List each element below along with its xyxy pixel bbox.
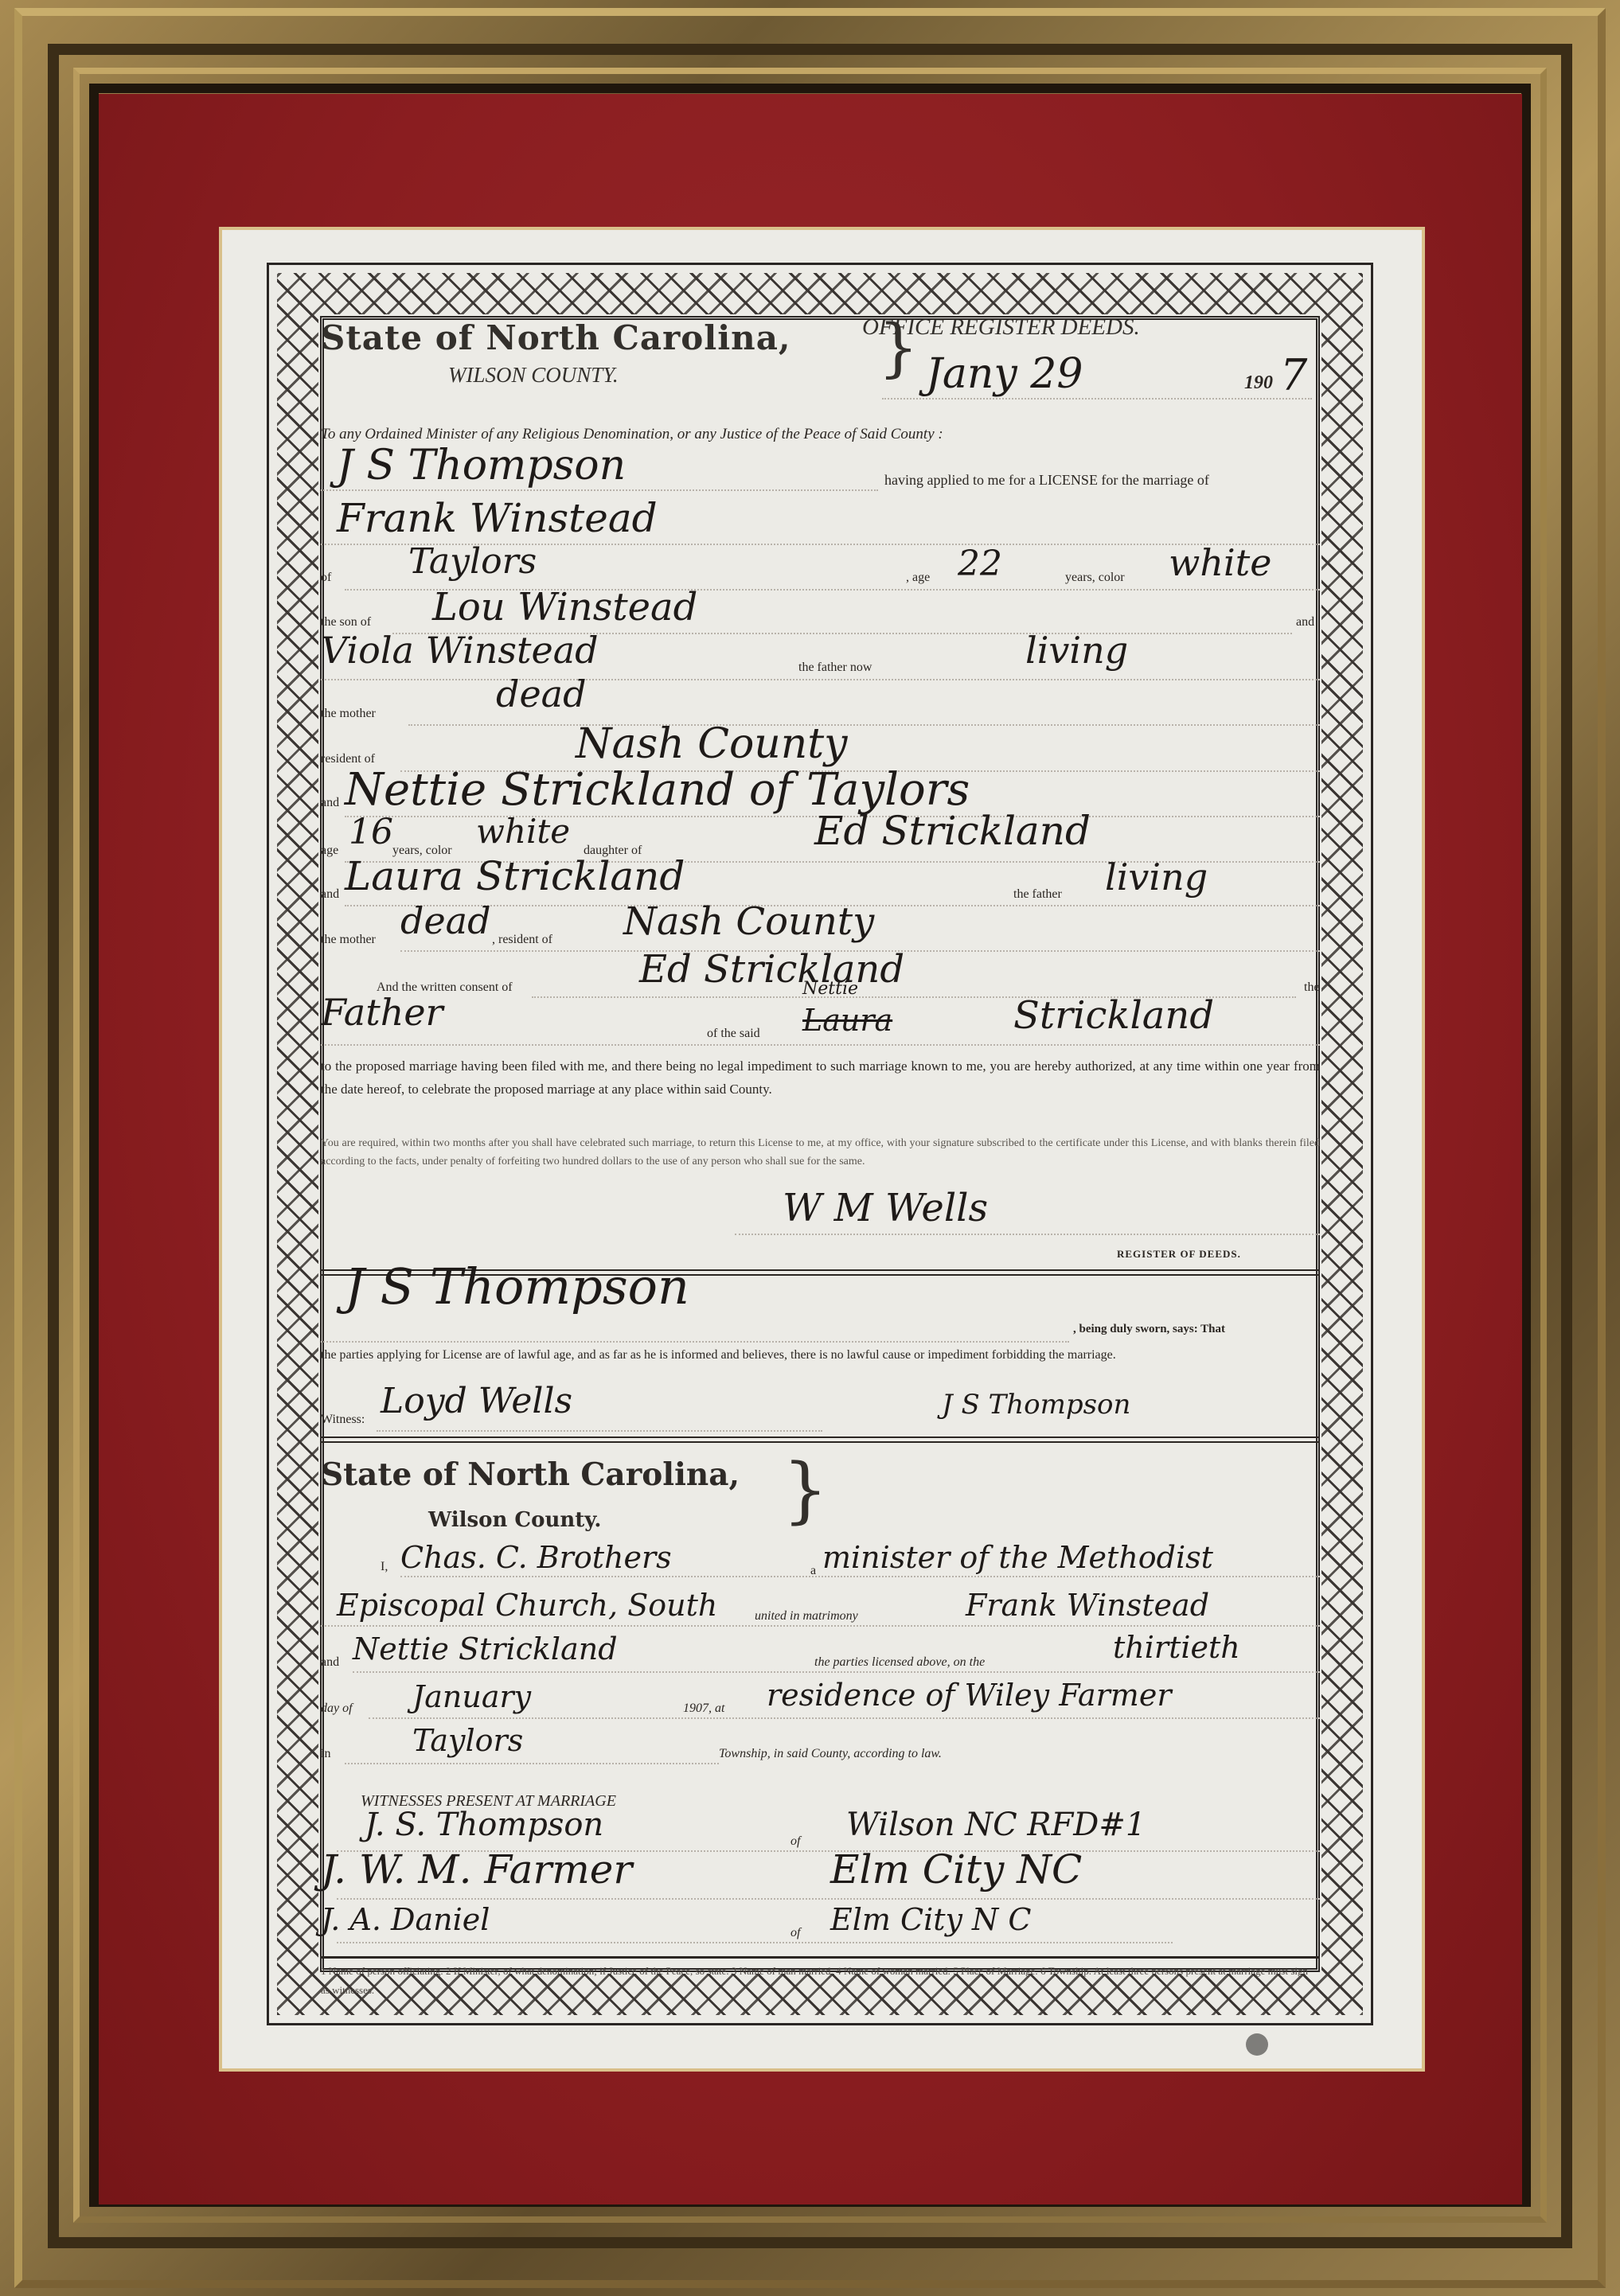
parties-label: the parties licensed above, on the [814, 1655, 985, 1670]
witness-2-residence: Elm City NC [830, 1846, 1082, 1893]
return-requirement-text: You are required, within two months afte… [321, 1134, 1320, 1171]
mother-label: the mother [321, 707, 376, 721]
groom-mother: Viola Winstead [321, 629, 599, 672]
witness-2-line [337, 1898, 1320, 1900]
authorization-text: to the proposed marriage having been fil… [321, 1054, 1320, 1101]
witness-3-name: J. A. Daniel [321, 1902, 490, 1937]
consent-name: Ed Strickland [639, 947, 904, 992]
witness-1-name: J. S. Thompson [365, 1807, 603, 1843]
of-the-said-line [321, 1044, 1320, 1046]
witness-3-residence: Elm City N C [830, 1902, 1031, 1937]
witness-2-name: J. W. M. Farmer [321, 1846, 632, 1893]
bride-cert-line [353, 1671, 1320, 1673]
witness-3-line [337, 1942, 1173, 1943]
groom-father: Lou Winstead [432, 585, 697, 630]
year-label: 1907, at [683, 1702, 724, 1716]
township-line [345, 1763, 719, 1764]
in-label: in [321, 1747, 330, 1761]
bride-mother: Laura Strickland [345, 853, 685, 899]
applicant-line [321, 489, 878, 491]
groom-age: 22 [958, 544, 1002, 584]
certificate-state-title: State of North Carolina, [321, 1456, 740, 1493]
struck-name: Laura [802, 1003, 892, 1038]
consent-relation: Father [321, 991, 443, 1034]
i-label: I, [381, 1560, 388, 1574]
of-label: of [321, 571, 331, 585]
officiant-name: Chas. C. Brothers [400, 1540, 672, 1575]
year-print: 190 [1244, 372, 1273, 394]
witness-label: Witness: [321, 1413, 365, 1427]
groom-residence: Taylors [408, 541, 537, 582]
the-label: the [1304, 980, 1320, 995]
township-label: Township, in said County, according to l… [719, 1747, 942, 1761]
mother-status-line [408, 724, 1320, 726]
denomination-line [321, 1625, 1320, 1627]
mother-line [321, 679, 1320, 680]
seal-dot [1246, 2033, 1268, 2056]
groom-color: white [1169, 541, 1271, 584]
license-date: Jany 29 [926, 350, 1083, 398]
bride-father: Ed Strickland [814, 808, 1091, 854]
certificate-groom: Frank Winstead [966, 1588, 1209, 1623]
groom-county: Nash County [576, 720, 848, 768]
witness-3-of: of [790, 1926, 800, 1940]
bride-county: Nash County [623, 899, 874, 944]
sworn-text: , being duly sworn, says: That [1073, 1323, 1225, 1336]
officiant-line [400, 1576, 1320, 1577]
bride-age: 16 [349, 812, 393, 852]
father-now-label: the father now [798, 661, 872, 675]
affiant-name: J S Thompson [345, 1257, 689, 1316]
bride-resident-label: , resident of [492, 933, 552, 947]
witness-1-residence: Wilson NC RFD#1 [846, 1807, 1146, 1843]
register-title: REGISTER OF DEEDS. [1117, 1248, 1241, 1261]
marriage-month: January [412, 1679, 531, 1714]
years-color-label: years, color [1065, 571, 1125, 585]
groom-father-status: living [1025, 629, 1128, 672]
register-signature-line [735, 1234, 1320, 1235]
certificate-bride: Nettie Strickland [353, 1631, 618, 1666]
bride-and-label: and [321, 796, 339, 810]
marriage-license-document: State of North Carolina, } OFFICE REGIST… [219, 227, 1425, 2072]
affiant-signature: J S Thompson [942, 1389, 1130, 1421]
groom-name: Frank Winstead [337, 495, 658, 541]
certificate-and-label: and [321, 1655, 339, 1670]
register-signature: W M Wells [783, 1186, 988, 1230]
age-label: , age [906, 571, 930, 585]
affiant-line [321, 1341, 1069, 1343]
said-surname: Strickland [1013, 993, 1214, 1038]
the-father-label: the father [1013, 887, 1062, 902]
date-place-line [369, 1717, 1320, 1719]
bride-mother-label: the mother [321, 933, 376, 947]
son-of-label: the son of [321, 615, 371, 630]
date-line [882, 398, 1312, 400]
groom-mother-status: dead [496, 672, 587, 715]
section-divider-2 [321, 1436, 1320, 1443]
address-line: To any Ordained Minister of any Religiou… [321, 426, 943, 443]
bride-mother-status: dead [400, 899, 491, 942]
bride-color: white [476, 812, 570, 851]
and-label: and [1296, 615, 1314, 630]
bride-age-label: age [321, 844, 338, 858]
office-title: OFFICE REGISTER DEEDS. [862, 314, 1140, 341]
united-label: united in matrimony [755, 1609, 858, 1624]
of-the-said-label: of the said [707, 1027, 760, 1041]
affidavit-statement: the parties applying for License are of … [321, 1345, 1320, 1366]
witness-1-of: of [790, 1834, 800, 1849]
certificate-county: Wilson County. [428, 1508, 601, 1532]
marriage-day: thirtieth [1113, 1630, 1240, 1665]
county-title: WILSON COUNTY. [448, 363, 619, 388]
denomination-1: minister of the Methodist [822, 1540, 1213, 1575]
footnotes: 1 Name of person officiating. 2 If Minis… [321, 1962, 1308, 2000]
bride-mother-and-label: and [321, 887, 339, 902]
marriage-place: residence of Wiley Farmer [767, 1678, 1172, 1713]
inserted-name: Nettie [802, 979, 858, 999]
footnote-rule [321, 1956, 1320, 1959]
denomination-2: Episcopal Church, South [337, 1588, 717, 1623]
year-hand: 7 [1280, 350, 1307, 400]
witness-line [377, 1430, 822, 1432]
state-title: State of North Carolina, [321, 318, 791, 357]
certificate-brace: } [783, 1448, 828, 1532]
applicant-name: J S Thompson [337, 442, 626, 489]
day-of-label: day of [321, 1702, 353, 1716]
applied-text: having applied to me for a LICENSE for t… [884, 472, 1209, 489]
affidavit-witness: Loyd Wells [381, 1381, 572, 1421]
marriage-township: Taylors [412, 1723, 523, 1758]
bride-father-status: living [1105, 856, 1208, 899]
